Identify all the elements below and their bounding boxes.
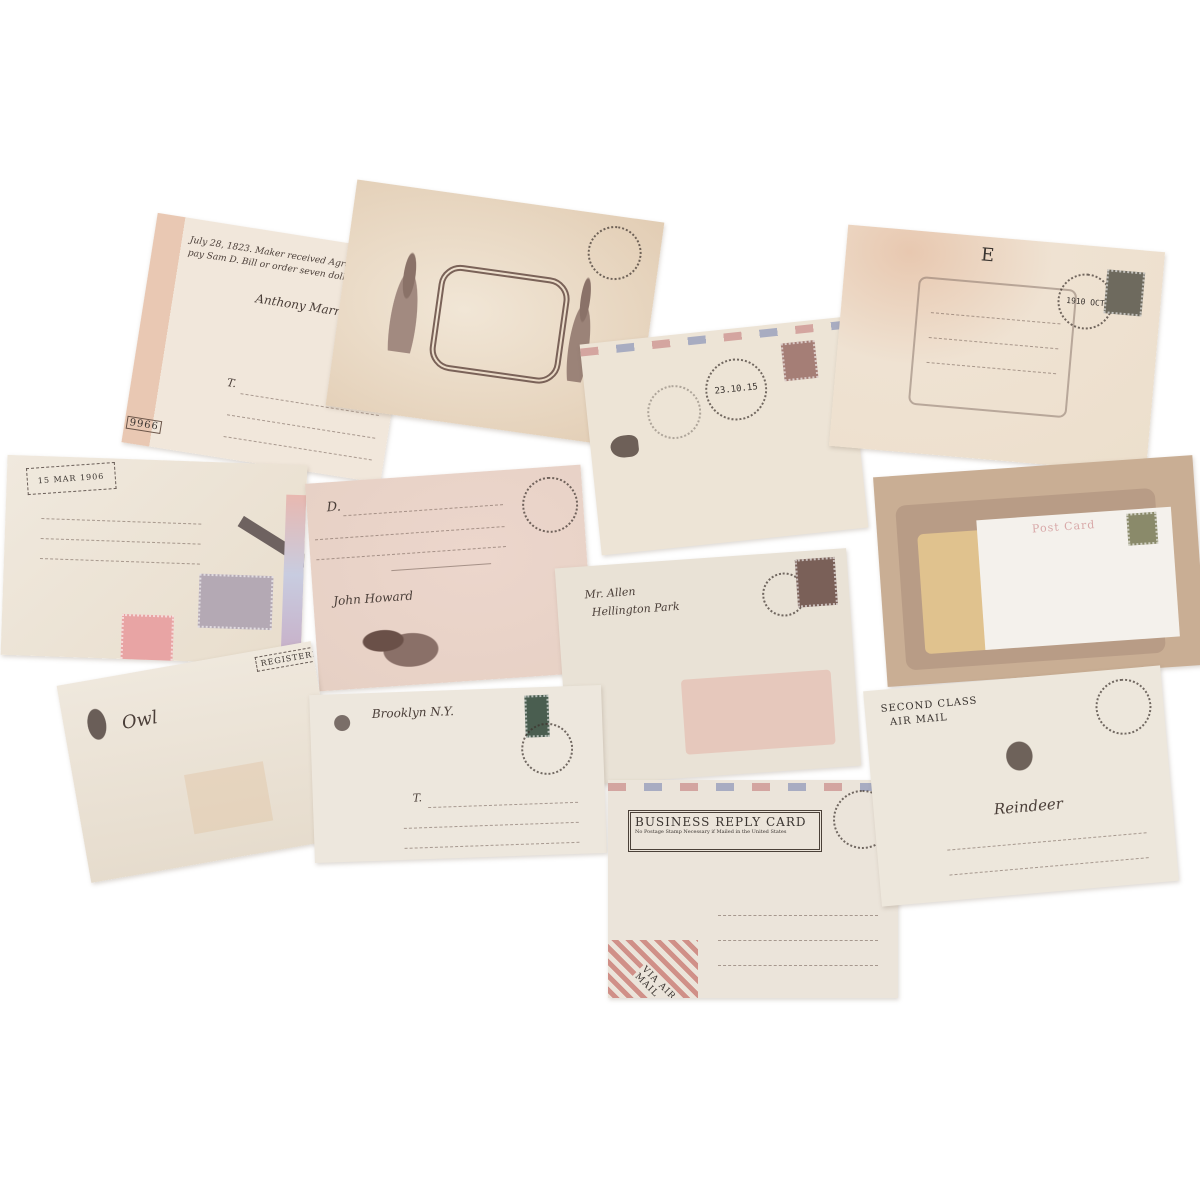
envelope-reindeer: SECOND CLASS AIR MAIL Reindeer <box>863 665 1179 906</box>
postcard-title: Post Card <box>1032 518 1096 535</box>
envelope-fox: D. John Howard <box>305 465 595 692</box>
envelope-owl: Owl REGISTERED <box>57 641 346 883</box>
lady-figure <box>379 240 434 354</box>
reindeer-illustration <box>987 721 1052 786</box>
postcard: Post Card <box>976 507 1180 650</box>
green-stamp <box>1126 512 1158 546</box>
signature: John Howard <box>333 589 414 609</box>
envelope-stamps-collage: 15 MAR 1906 <box>1 455 308 665</box>
pink-stamp <box>120 614 174 665</box>
business-reply-box: BUSINESS REPLY CARD No Postage Stamp Nec… <box>628 810 822 852</box>
envelope-brooklyn: Brooklyn N.Y. T. <box>309 685 607 863</box>
to-prefix: D. <box>326 499 341 515</box>
class-line-2: AIR MAIL <box>890 712 949 728</box>
postmark <box>520 475 580 535</box>
address-line-1: Mr. Allen <box>584 585 636 602</box>
car-stamp <box>198 574 274 631</box>
address-window <box>681 669 836 754</box>
envelope-business-reply: BUSINESS REPLY CARD No Postage Stamp Nec… <box>608 780 898 998</box>
airmail-corner-text: VIA AIR MAIL <box>631 963 695 998</box>
reindeer-title: Reindeer <box>993 794 1063 818</box>
bird-illustration <box>609 434 639 459</box>
portrait-stamp <box>1104 269 1146 316</box>
to-prefix: T. <box>226 376 237 390</box>
flower-illustration <box>321 703 362 742</box>
envelope-bird-airmail: 23.10.15 <box>580 317 869 556</box>
map-letter: E <box>980 244 996 266</box>
postmark <box>1093 676 1154 737</box>
owl-title: Owl <box>120 707 159 734</box>
envelope-map-frame: E 1910 OCT <box>829 225 1165 474</box>
ruler-number: 9966 <box>126 416 163 434</box>
postmark-secondary <box>645 382 704 441</box>
red-stamp <box>781 340 819 381</box>
to-prefix: T. <box>413 791 423 804</box>
owl-illustration <box>79 705 116 752</box>
queen-stamp <box>795 557 838 608</box>
postmark-date: 23.10.15 <box>702 355 770 423</box>
ornate-frame <box>427 262 573 386</box>
fox-illustration <box>355 614 449 675</box>
class-line-1: SECOND CLASS <box>880 695 978 714</box>
postmark <box>520 722 574 776</box>
address: Brooklyn N.Y. <box>372 704 455 721</box>
airmail-corner: VIA AIR MAIL <box>608 940 698 998</box>
business-reply-heading: BUSINESS REPLY CARD <box>635 815 815 829</box>
colored-edge <box>281 495 307 656</box>
envelope-postcard-frame: Post Card <box>873 455 1200 687</box>
postmark-box: 15 MAR 1906 <box>26 462 116 495</box>
address-line-2: Hellington Park <box>591 600 679 619</box>
tape-mark <box>184 761 273 834</box>
business-reply-subheading: No Postage Stamp Necessary if Mailed in … <box>635 829 815 835</box>
